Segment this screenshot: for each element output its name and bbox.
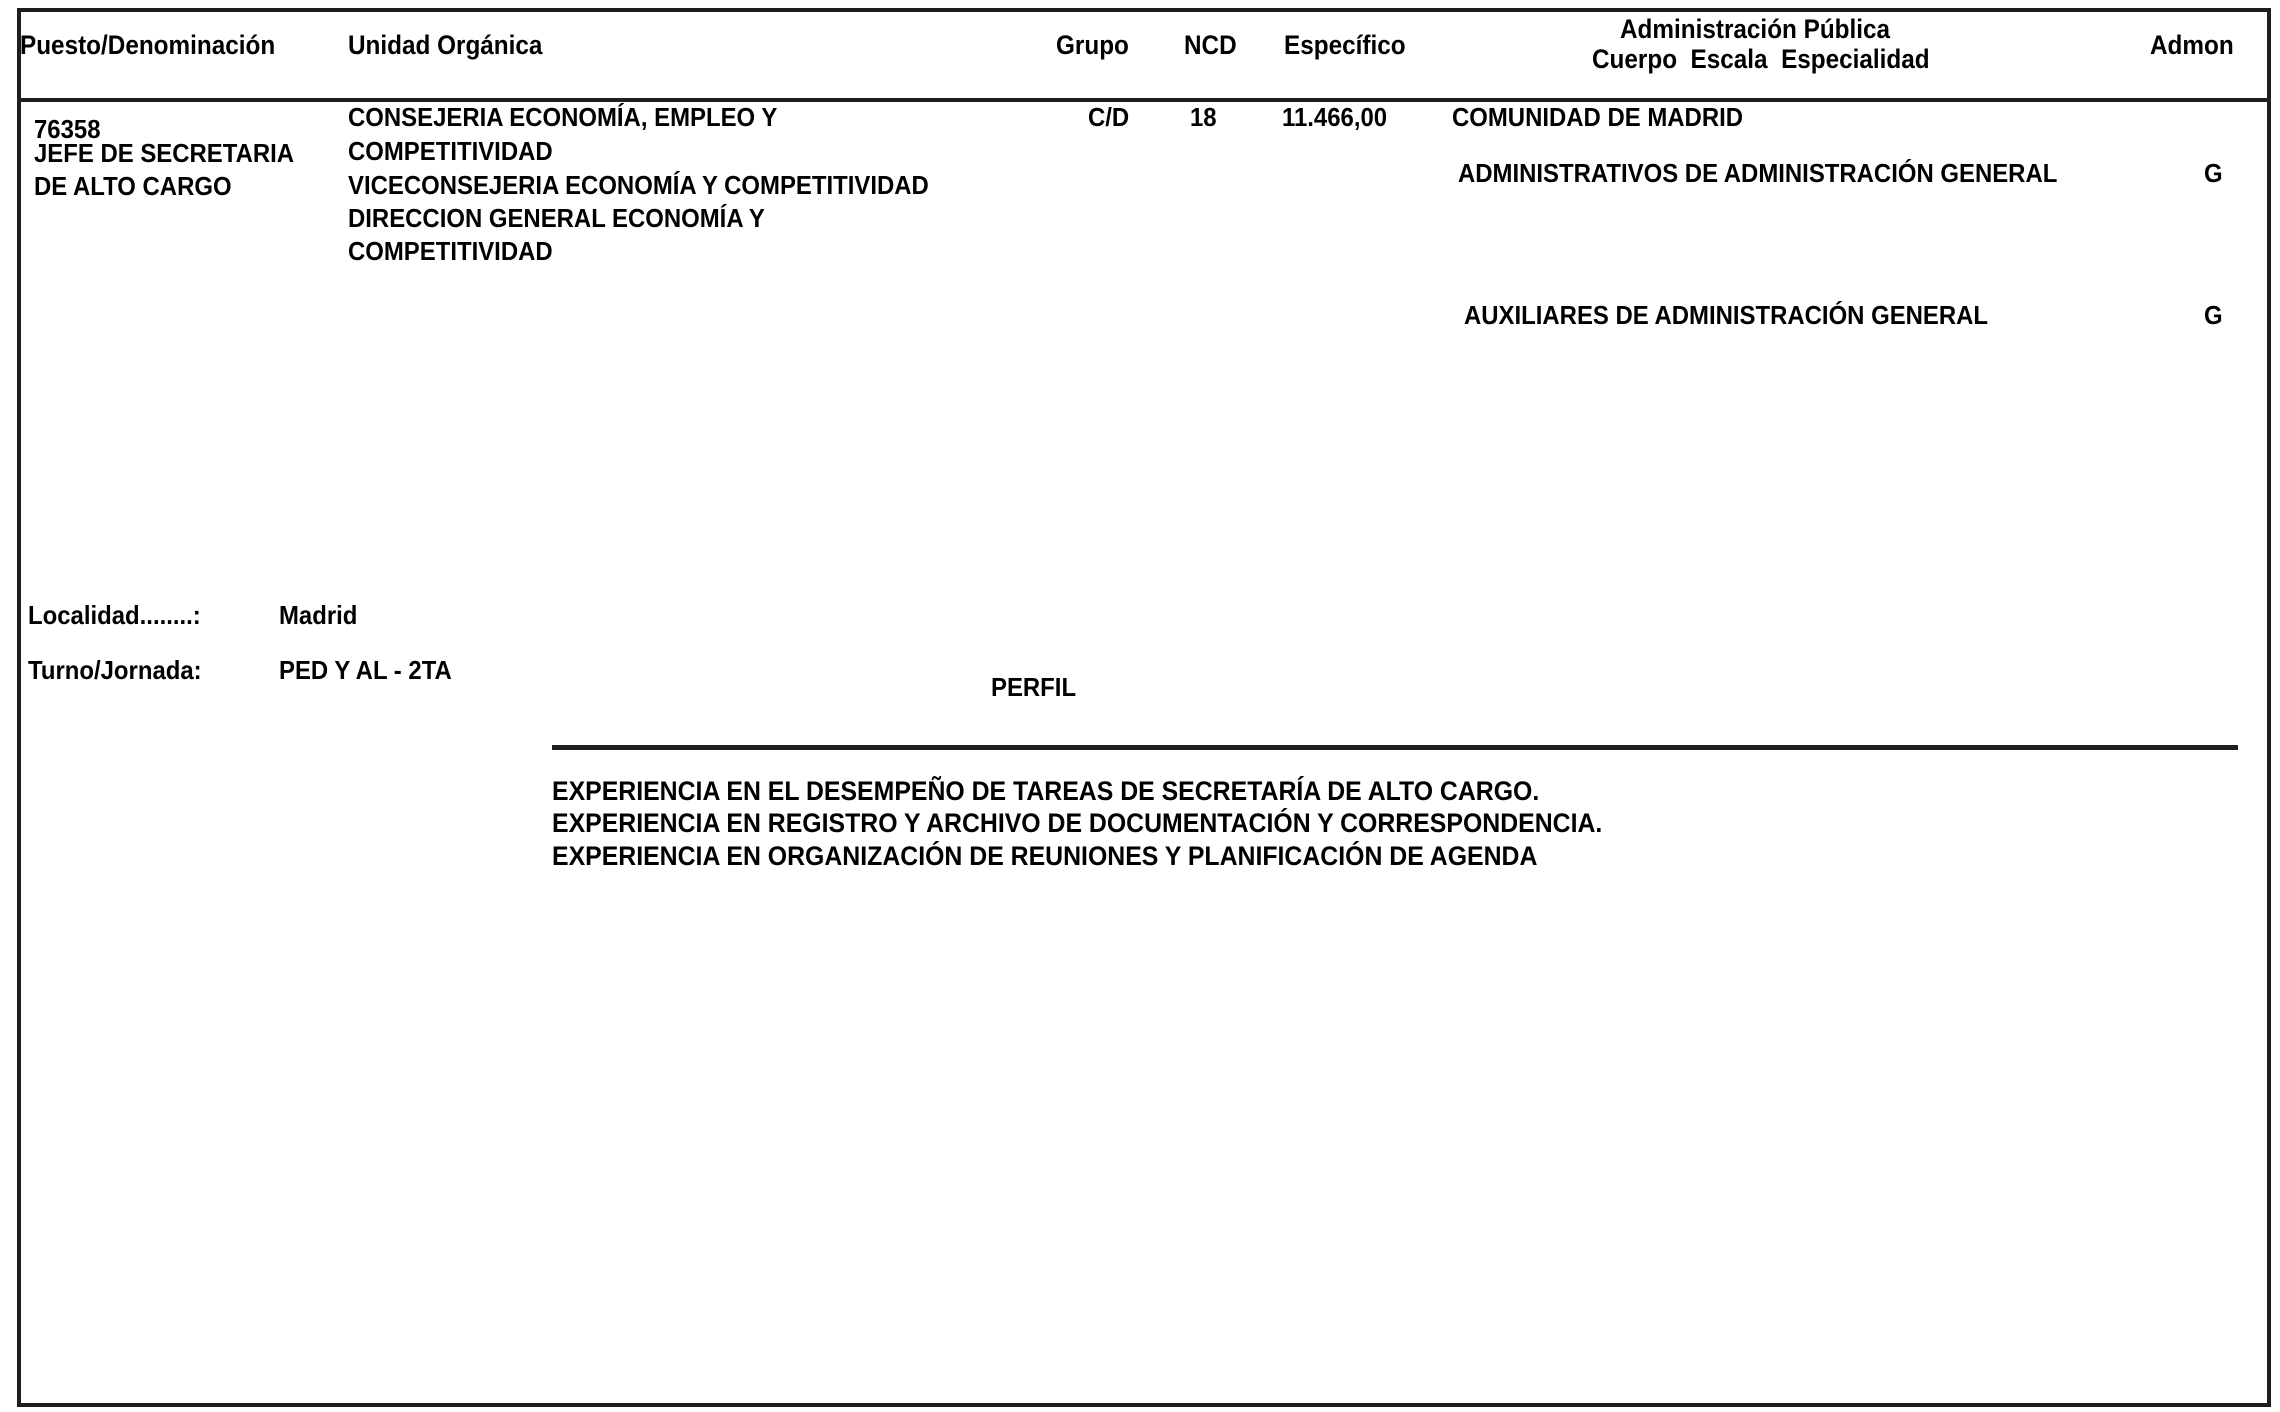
cuerpo-2-admon: G bbox=[2204, 302, 2223, 328]
perfil-title: PERFIL bbox=[991, 674, 1076, 700]
perfil-line-1: EXPERIENCIA EN EL DESEMPEÑO DE TAREAS DE… bbox=[552, 778, 1539, 805]
header-unidad: Unidad Orgánica bbox=[348, 32, 542, 59]
perfil-separator bbox=[552, 745, 2238, 750]
ncd-value: 18 bbox=[1190, 104, 1217, 130]
header-grupo: Grupo bbox=[1056, 32, 1129, 59]
header-admon: Admon bbox=[2150, 32, 2234, 59]
localidad-value: Madrid bbox=[279, 602, 357, 628]
cuerpo-1-nombre: ADMINISTRATIVOS DE ADMINISTRACIÓN GENERA… bbox=[1458, 160, 2057, 186]
localidad-label: Localidad........: bbox=[28, 602, 201, 628]
header-cuerpo-escala-especialidad: Cuerpo Escala Especialidad bbox=[1592, 46, 1930, 73]
perfil-line-2: EXPERIENCIA EN REGISTRO Y ARCHIVO DE DOC… bbox=[552, 810, 1602, 837]
header-ncd: NCD bbox=[1184, 32, 1237, 59]
administracion-value: COMUNIDAD DE MADRID bbox=[1452, 104, 1743, 130]
unidad-line-4: DIRECCION GENERAL ECONOMÍA Y bbox=[348, 205, 765, 231]
grupo-value: C/D bbox=[1088, 104, 1129, 130]
unidad-line-5: COMPETITIVIDAD bbox=[348, 238, 553, 264]
header-puesto: Puesto/Denominación bbox=[20, 32, 275, 59]
puesto-denominacion-line-2: DE ALTO CARGO bbox=[34, 173, 232, 199]
cuerpo-1-admon: G bbox=[2204, 160, 2223, 186]
header-administracion-publica: Administración Pública bbox=[1620, 16, 1890, 43]
turno-label: Turno/Jornada: bbox=[28, 657, 202, 683]
puesto-denominacion-line-1: JEFE DE SECRETARIA bbox=[34, 140, 294, 166]
unidad-line-2: COMPETITIVIDAD bbox=[348, 138, 553, 164]
especifico-value: 11.466,00 bbox=[1282, 104, 1387, 130]
perfil-line-3: EXPERIENCIA EN ORGANIZACIÓN DE REUNIONES… bbox=[552, 843, 1537, 870]
header-especifico: Específico bbox=[1284, 32, 1406, 59]
unidad-line-3: VICECONSEJERIA ECONOMÍA Y COMPETITIVIDAD bbox=[348, 172, 929, 198]
cuerpo-2-nombre: AUXILIARES DE ADMINISTRACIÓN GENERAL bbox=[1464, 302, 1988, 328]
turno-value: PED Y AL - 2TA bbox=[279, 657, 452, 683]
unidad-line-1: CONSEJERIA ECONOMÍA, EMPLEO Y bbox=[348, 104, 777, 130]
